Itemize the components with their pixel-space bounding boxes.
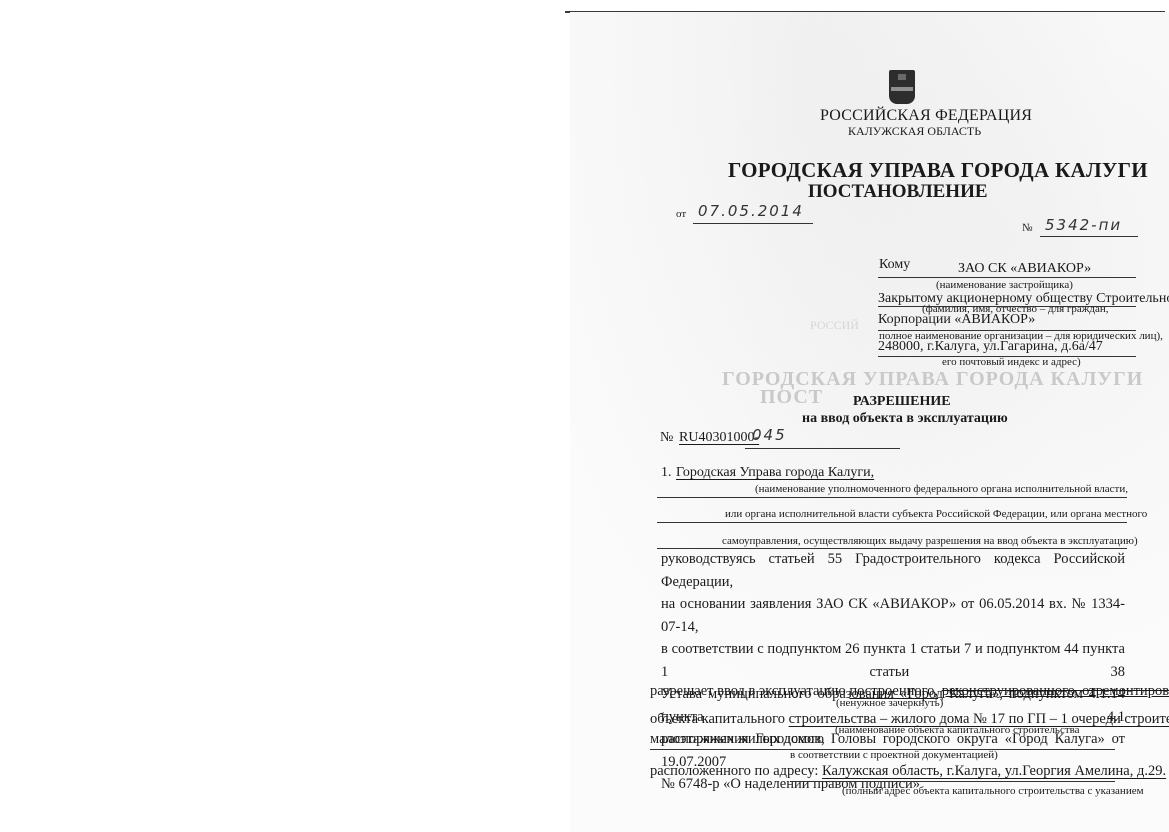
permit-number-hand: 045 xyxy=(752,426,787,444)
permit-number-code: RU40301000- xyxy=(679,430,759,446)
permit-title: РАЗРЕШЕНИЕ xyxy=(853,394,951,410)
address-prefix: расположенного по адресу: xyxy=(650,763,818,779)
to-label: Кому xyxy=(879,257,910,273)
full-name-line2: Корпорации «АВИАКОР» xyxy=(878,312,1035,328)
object-address-caption: (полный адрес объекта капитального строи… xyxy=(842,785,1144,797)
object-name-line2: малоэтажных жилых домов, xyxy=(650,731,825,748)
date-prefix: от xyxy=(676,208,686,220)
number-prefix: № xyxy=(1022,222,1033,234)
developer-caption: (наименование застройщика) xyxy=(936,279,1073,291)
object-address-line: расположенного по адресу: Калужская обла… xyxy=(650,763,1166,780)
authority-caption1: (наименование уполномоченного федерально… xyxy=(755,483,1128,495)
ghost-text-country: РОССИЙ xyxy=(810,318,859,333)
paragraph-line: на основании заявления ЗАО СК «АВИАКОР» … xyxy=(661,593,1125,638)
object-kind-struck: реконструированного, отремонтированного xyxy=(942,683,1169,699)
issuing-authority: Городская Управа города Калуги, xyxy=(676,465,874,481)
paragraph-line: в соответствии с подпунктом 26 пункта 1 … xyxy=(661,638,1125,683)
kind-caption: (ненужное зачеркнуть) xyxy=(836,697,943,709)
permit-number-prefix: № xyxy=(660,430,673,446)
decree-number: 5342-пи xyxy=(1045,216,1122,234)
decree-date: 07.05.2014 xyxy=(698,202,804,220)
permit-subtitle: на ввод объекта в эксплуатацию xyxy=(802,411,1008,427)
object-prefix: объекта капитального xyxy=(650,711,785,727)
object-caption: (наименование объекта капитального строи… xyxy=(835,724,1080,736)
coat-of-arms-icon xyxy=(889,70,915,104)
developer-name: ЗАО СК «АВИАКОР» xyxy=(958,261,1091,277)
authority-caption2: или органа исполнительной власти субъект… xyxy=(725,508,1147,520)
region-heading: КАЛУЖСКАЯ ОБЛАСТЬ xyxy=(848,124,981,139)
object-caption2: в соответствии с проектной документацией… xyxy=(790,749,998,761)
ghost-text-title: ПОСТ xyxy=(760,386,823,409)
developer-address: 248000, г.Калуга, ул.Гагарина, д.6а/47 xyxy=(878,339,1103,355)
permits-prefix: разрешает ввод в эксплуатацию xyxy=(650,683,846,699)
org-heading: ГОРОДСКАЯ УПРАВА ГОРОДА КАЛУГИ xyxy=(728,158,1148,183)
country-heading: РОССИЙСКАЯ ФЕДЕРАЦИЯ xyxy=(820,107,1032,125)
paragraph-line: руководствуясь статьей 55 Градостроитель… xyxy=(661,548,1125,593)
object-address: Калужская область, г.Калуга, ул.Георгия … xyxy=(822,763,1166,779)
authority-caption3: самоуправления, осуществляющих выдачу ра… xyxy=(722,535,1138,547)
section-index: 1. xyxy=(661,465,672,481)
decree-heading: ПОСТАНОВЛЕНИЕ xyxy=(808,181,988,203)
address-caption: его почтовый индекс и адрес) xyxy=(942,356,1081,368)
